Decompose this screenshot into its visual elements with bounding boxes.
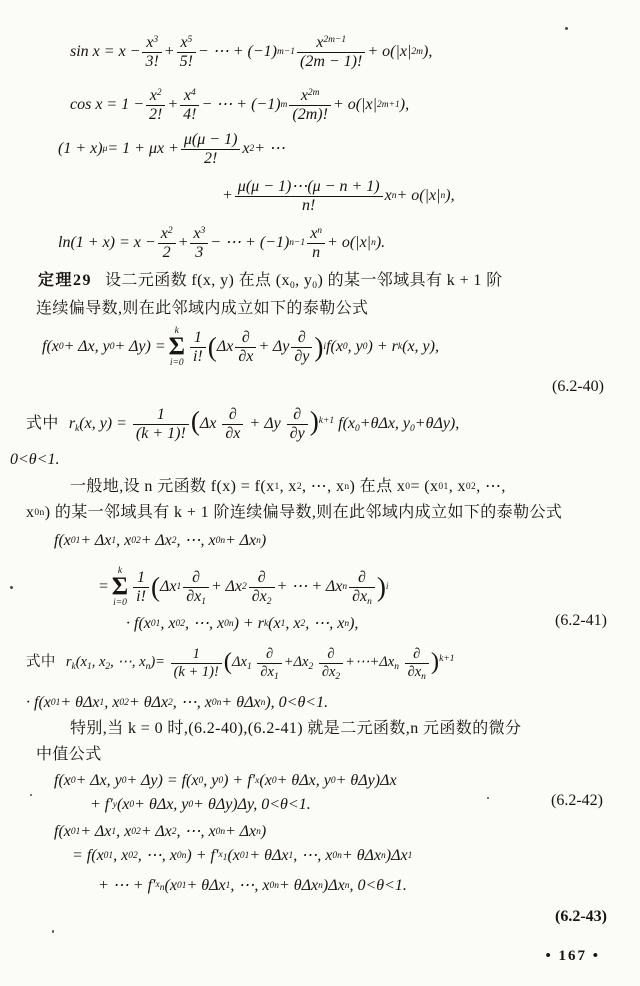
equation-6-2-41-rhs-line1: = kΣi=01i!(Δx1 ∂∂x1 + Δx2 ∂∂x2 + ⋯ + Δxn…	[98, 558, 389, 616]
remainder-prefix-label: 式中	[26, 414, 59, 433]
equation-6-2-40: f(x0 + Δx, y0 + Δy) = kΣi=01i!(Δx ∂∂x + …	[42, 318, 439, 376]
equation-6-2-41-rhs-line2: · f(x01, x02, ⋯, x0n) + rk(x1, x2, ⋯, xn…	[126, 610, 358, 638]
page-number: • 167 •	[545, 948, 600, 965]
equation-6-2-40-remainder: 式中 rk(x, y) = 1(k + 1)!(Δx ∂∂x + Δy ∂∂y)…	[26, 398, 459, 450]
theorem29-heading-line: 定理29 设二元函数 f(x, y) 在点 (x0, y0) 的某一邻域具有 k…	[38, 268, 503, 294]
theorem29-label: 定理29	[38, 271, 92, 290]
scan-speck	[30, 794, 32, 796]
equation-number-6-2-43: (6.2-43)	[555, 908, 607, 926]
equation-6-2-41-remainder-line1: 式中 rk(x1, x2, ⋯, xn)= 1(k + 1)!(Δx1 ∂∂x1…	[26, 636, 455, 690]
equation-number-6-2-41: (6.2-41)	[555, 612, 607, 630]
scan-speck	[565, 27, 568, 30]
formula-log-expansion: ln(1 + x) = x − x22 + x33 − ⋯ + (−1)n−1x…	[58, 222, 385, 264]
equation-6-2-43-line2: = f(x01, x02, ⋯, x0n) + f′x1(x01 + θΔx1,…	[72, 842, 412, 870]
scan-speck	[52, 930, 54, 933]
scan-speck	[487, 797, 489, 799]
general-case-intro-line1: 一般地,设 n 元函数 f(x) = f(x1, x2, ⋯, xn) 在点 x…	[70, 474, 506, 500]
theta-condition: 0<θ<1.	[10, 448, 59, 472]
equation-6-2-41-lhs: f(x01 + Δx1, x02 + Δx2, ⋯, x0n + Δxn)	[54, 526, 266, 556]
remainder-formula: rk(x, y) = 1(k + 1)!(Δx ∂∂x + Δy ∂∂y)k+1…	[69, 406, 459, 443]
formula-binomial-line2: + μ(μ − 1)⋯(μ − n + 1)n! xn + o(|x|n),	[222, 170, 455, 222]
scan-speck	[10, 586, 13, 589]
remainder-prefix-label-2: 式中	[26, 654, 56, 671]
equation-number-6-2-40: (6.2-40)	[552, 378, 604, 396]
theorem29-intro-line1: 设二元函数 f(x, y) 在点 (x0, y0) 的某一邻域具有 k + 1 …	[105, 271, 503, 290]
equation-6-2-42-line1: f(x0 + Δx, y0 + Δy) = f(x0, y0) + f′x(x0…	[54, 768, 397, 794]
equation-6-2-42-line2: + f′y(x0 + θΔx, y0 + θΔy)Δy, 0<θ<1.	[90, 792, 311, 818]
remainder-formula-2: rk(x1, x2, ⋯, xn)= 1(k + 1)!(Δx1 ∂∂x1+Δx…	[66, 646, 455, 679]
special-case-intro-line2: 中值公式	[36, 742, 102, 768]
formula-binomial-line1: (1 + x)μ = 1 + μx + μ(μ − 1)2! x2 + ⋯	[58, 124, 285, 174]
special-case-intro-line1: 特别,当 k = 0 时,(6.2-40),(6.2-41) 就是二元函数,n …	[70, 716, 521, 742]
scanned-textbook-page: sin x = x − x33! + x55! − ⋯ + (−1)m−1x2m…	[0, 0, 640, 986]
equation-6-2-43-line3: + ⋯ + f′xn(x01 + θΔx1, ⋯, x0n + θΔxn)Δxn…	[98, 872, 407, 900]
equation-number-6-2-42: (6.2-42)	[551, 792, 603, 810]
formula-sin-expansion: sin x = x − x33! + x55! − ⋯ + (−1)m−1x2m…	[70, 24, 432, 80]
general-case-intro-line2: x0n) 的某一邻域具有 k + 1 阶连续偏导数,则在此邻域内成立如下的泰勒公…	[26, 500, 562, 526]
equation-6-2-41-remainder-line2: · f(x01 + θΔx1, x02 + θΔx2, ⋯, x0n + θΔx…	[26, 690, 328, 716]
